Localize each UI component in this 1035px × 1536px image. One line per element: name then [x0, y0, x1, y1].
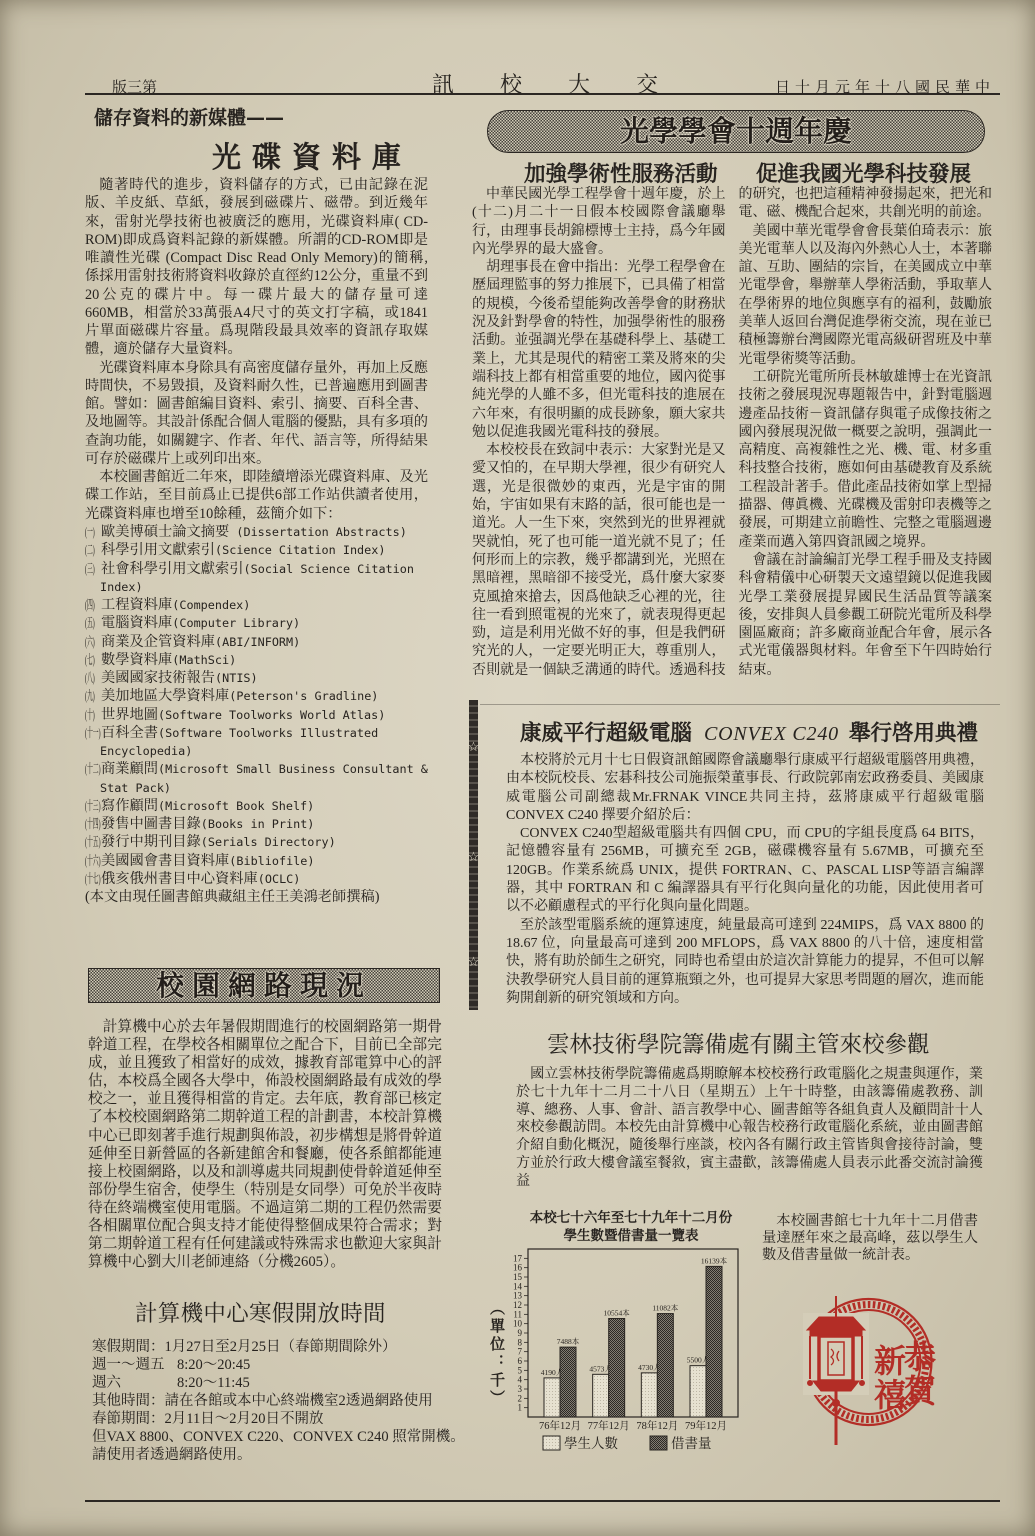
database-name-zh: 數學資料庫 [101, 652, 172, 668]
legend-swatch [650, 1436, 667, 1450]
paragraph: 計算機中心於去年暑假期間進行的校園網路第一期骨幹道工程，在學校各相關單位之配合下… [88, 1018, 442, 1271]
paragraph: 會議在討論編訂光學工程手冊及支持國科會精儀中心研製天文遠望鏡以促進我國光學工業發… [739, 552, 993, 680]
database-list-item: (四)工程資料庫(Compendex) [85, 596, 435, 614]
y-tick-label: 11 [513, 1309, 522, 1319]
paragraph: 中華民國光學工程學會十週年慶，於上(十二)月二十一日假本校國際會議廳舉行，由理事… [472, 186, 726, 259]
database-name-en: (Dissertation Abstracts) [229, 525, 407, 539]
schedule-days: 週一～週五 [92, 1356, 177, 1374]
database-name-zh: 商業及企管資料庫 [101, 634, 215, 650]
stamp-char: 新 [874, 1342, 906, 1380]
y-tick-label: 15 [513, 1272, 523, 1282]
list-number: (十一) [85, 724, 101, 742]
bar-book-loans [706, 1266, 722, 1417]
y-tick-label: 6 [518, 1356, 523, 1366]
list-number: (十二) [85, 760, 101, 778]
header-rule [85, 93, 1000, 95]
y-tick-label: 5 [518, 1365, 523, 1375]
list-number: (十五) [85, 833, 101, 851]
list-number-text: (二) [85, 541, 95, 559]
list-number-text: (三) [85, 560, 95, 578]
network-title-box: 校園網路現況 [88, 968, 440, 1003]
database-name-zh: 美國國會書目資料庫 [101, 853, 229, 869]
database-list-item: (三)社會科學引用文獻索引(Social Science Citation In… [85, 560, 435, 597]
list-number-text: (十) [85, 706, 95, 724]
network-headline: 校園網路現況 [89, 969, 439, 1002]
optics-headline: 光學學會十週年慶 [488, 111, 984, 152]
y-tick-label: 12 [513, 1300, 522, 1310]
y-tick-label: 13 [513, 1291, 523, 1301]
bar-students [690, 1366, 706, 1417]
legend-swatch [543, 1436, 560, 1450]
hours-notice-body: 寒假期間：1月27日至2月25日（春節期間除外） 週一～週五8:20～20:45… [92, 1338, 465, 1464]
database-list-item: (十六)美國國會書目資料庫(Bibliofile) [85, 852, 435, 870]
database-name-zh: 社會科學引用文獻索引 [101, 561, 244, 577]
bar-value-label: 11082本 [652, 1303, 678, 1313]
network-article-body: 計算機中心於去年暑假期間進行的校園網路第一期骨幹道工程，在學校各相關單位之配合下… [88, 1018, 442, 1271]
bar-chart: 12345678910111213141516174190人7488本76年12… [480, 1190, 745, 1460]
list-number-text: (九) [85, 687, 95, 705]
y-tick-label: 14 [513, 1281, 523, 1291]
y-tick-label: 1 [518, 1403, 523, 1413]
database-name-en: (ABI/INFORM) [215, 635, 300, 649]
database-name-en: (Compendex) [172, 598, 250, 612]
database-name-en: (Microsoft Book Shelf) [158, 799, 314, 813]
y-tick-label: 7 [518, 1347, 523, 1357]
database-name-zh: 商業顧問 [101, 761, 158, 777]
paragraph: 美國中華光電學會會長葉伯琦表示：旅美光電華人以及海內外熱心人士，本著聯誼、互助、… [739, 223, 993, 369]
new-year-greeting-stamp: 恭 賀 新 禧 [795, 1295, 945, 1447]
paragraph: 工研院光電所所長林敏雄博士在光資訊技術之發展現況專題報告中，針對電腦週邊產品技術… [739, 369, 993, 552]
y-tick-label: 8 [518, 1337, 523, 1347]
schedule-row: 週六8:20～11:45 [92, 1374, 465, 1392]
database-name-en: (Bibliofile) [229, 854, 314, 868]
database-list-item: (十四)發售中圖書目錄(Books in Print) [85, 815, 435, 833]
bar-students [593, 1374, 609, 1417]
paragraph: 光碟資料庫本身除具有高密度儲存量外，再加上反應時間快，不易毀損，及資料耐久性，已… [85, 359, 428, 469]
database-name-zh: 歐美博碩士論文摘要 [101, 524, 229, 540]
schedule-hours: 8:20～20:45 [177, 1357, 250, 1373]
bar-book-loans [657, 1314, 673, 1417]
cdrom-database-list: (一)歐美博碩士論文摘要 (Dissertation Abstracts)(二)… [85, 523, 435, 888]
database-name-en: (Science Citation Index) [215, 543, 385, 557]
database-name-en: (Peterson's Gradline) [229, 689, 378, 703]
list-number: (十三) [85, 797, 101, 815]
x-category-label: 78年12月 [636, 1419, 678, 1432]
convex-top-rule [480, 704, 1000, 705]
list-number: (四) [85, 596, 101, 614]
y-tick-label: 4 [518, 1375, 523, 1385]
list-number-text: (十一) [85, 724, 101, 742]
hours-headline: 計算機中心寒假開放時間 [135, 1296, 386, 1328]
hours-other-times: 其他時間：請在各館或本中心終端機室2透過網路使用 [92, 1392, 465, 1410]
list-number-text: (十七) [85, 870, 101, 888]
bar-value-label: 10554本 [604, 1307, 631, 1317]
database-list-item: (一)歐美博碩士論文摘要 (Dissertation Abstracts) [85, 523, 435, 541]
optics-subtitle-left: 加強學術性服務活動 [524, 157, 718, 188]
list-number-text: (十六) [85, 852, 101, 870]
database-name-zh: 發行中期刊目錄 [101, 834, 201, 850]
bar-book-loans [609, 1318, 625, 1417]
hours-note: 請使用者透過網路使用。 [92, 1446, 465, 1464]
yunlin-headline: 雲林技術學院籌備處有關主管來校參觀 [547, 1027, 930, 1059]
cdrom-article-body: 隨著時代的進步，資料儲存的方式，已由記錄在泥版、羊皮紙、草紙，發展到磁碟片、磁帶… [85, 176, 428, 523]
hours-spring-festival: 春節期間：2月11日～2月20日不開放 [92, 1410, 465, 1428]
list-number: (九) [85, 687, 101, 705]
database-list-item: (八)美國國家技術報告(NTIS) [85, 669, 435, 687]
hours-exception: 但VAX 8800、CONVEX C220、CONVEX C240 照常開機。 [92, 1428, 465, 1446]
list-number-text: (十二) [85, 760, 101, 778]
database-name-en: (Computer Library) [172, 616, 300, 630]
database-name-en: (OCLC) [258, 872, 301, 886]
database-name-en: (Software Toolworks World Atlas) [158, 708, 385, 722]
list-number: (二) [85, 541, 101, 559]
database-name-zh: 美加地區大學資料庫 [101, 688, 229, 704]
newspaper-page: 版三第 訊校大交 日十月元年十八國民華中 儲存資料的新媒體—— 光碟資料庫 隨著… [0, 0, 1035, 1536]
bar-students [641, 1373, 657, 1417]
y-tick-label: 10 [513, 1319, 523, 1329]
database-name-zh: 工程資料庫 [101, 597, 172, 613]
database-list-item: (九)美加地區大學資料庫(Peterson's Gradline) [85, 687, 435, 705]
bar-students [544, 1378, 560, 1417]
convex-headline: 康威平行超級電腦CONVEX C240舉行啓用典禮 [520, 716, 978, 747]
list-number-text: (六) [85, 633, 95, 651]
list-number: (三) [85, 560, 101, 578]
paragraph: 本校圖書館近二年來，即陸續增添光碟資料庫、及光碟工作站，至目前爲止已提供6部工作… [85, 468, 428, 523]
optics-article-body: 中華民國光學工程學會十週年慶，於上(十二)月二十一日假本校國際會議廳舉行，由理事… [472, 186, 992, 681]
database-name-zh: 百科全書 [101, 725, 158, 741]
cdrom-headline: 光碟資料庫 [212, 135, 412, 176]
list-number-text: (四) [85, 596, 95, 614]
star-icon: ☆ [465, 955, 482, 968]
paragraph: 至於該型電腦系統的運算速度，純量最高可達到 224MIPS，爲 VAX 8800… [506, 917, 984, 1008]
convex-headline-event: 舉行啓用典禮 [849, 721, 978, 746]
list-number: (十) [85, 706, 101, 724]
list-number-text: (十五) [85, 833, 101, 851]
hours-period: 寒假期間：1月27日至2月25日（春節期間除外） [92, 1338, 465, 1356]
x-category-label: 76年12月 [539, 1419, 581, 1432]
database-list-item: (六)商業及企管資料庫(ABI/INFORM) [85, 633, 435, 651]
y-tick-label: 3 [518, 1384, 523, 1394]
x-category-label: 79年12月 [685, 1419, 727, 1432]
optics-banner: 光學學會十週年慶 [487, 110, 985, 153]
list-number: (五) [85, 614, 101, 632]
cdrom-credit: (本文由現任圖書館典藏組主任王美鴻老師撰稿) [85, 888, 380, 906]
paragraph: 隨著時代的進步，資料儲存的方式，已由記錄在泥版、羊皮紙、草紙，發展到磁碟片、磁帶… [85, 176, 428, 359]
list-number: (十七) [85, 870, 101, 888]
x-category-label: 77年12月 [588, 1419, 630, 1432]
database-list-item: (五)電腦資料庫(Computer Library) [85, 614, 435, 632]
list-number-text: (十三) [85, 797, 101, 815]
database-name-zh: 世界地圖 [101, 707, 158, 723]
star-icon: ☆ [465, 740, 482, 753]
paragraph: CONVEX C240型超級電腦共有四個 CPU，而 CPU的字組長度爲 64 … [506, 825, 984, 916]
database-name-zh: 發售中圖書目錄 [101, 816, 201, 832]
stamp-char: 恭 [904, 1338, 936, 1376]
database-list-item: (十五)發行中期刊目錄(Serials Directory) [85, 833, 435, 851]
schedule-days: 週六 [92, 1374, 177, 1392]
optics-subtitle-right: 促進我國光學科技發展 [756, 157, 971, 188]
yunlin-article-body: 國立雲林技術學院籌備處爲期瞭解本校校務行政電腦化之規畫與運作，業於七十九年十二月… [516, 1066, 983, 1191]
database-list-item: (十三)寫作顧問(Microsoft Book Shelf) [85, 797, 435, 815]
list-number-text: (八) [85, 669, 95, 687]
list-number: (十四) [85, 815, 101, 833]
database-name-en: (Books in Print) [201, 817, 315, 831]
schedule-hours: 8:20～11:45 [177, 1375, 250, 1391]
schedule-row: 週一～週五8:20～20:45 [92, 1356, 465, 1374]
database-name-zh: 寫作顧問 [101, 798, 158, 814]
stamp-char: 賀 [904, 1372, 938, 1410]
database-name-zh: 俄亥俄州書目中心資料庫 [101, 871, 258, 887]
list-number: (八) [85, 669, 101, 687]
list-number-text: (一) [85, 523, 95, 541]
bar-book-loans [560, 1347, 576, 1417]
paragraph: 本校將於元月十七日假資訊館國際會議廳舉行康威平行超級電腦啓用典禮，由本校阮校長、… [506, 752, 984, 825]
database-list-item: (二)科學引用文獻索引(Science Citation Index) [85, 541, 435, 559]
list-number-text: (五) [85, 614, 95, 632]
list-number-text: (七) [85, 651, 95, 669]
paragraph: 胡理事長在會中指出：光學工程學會在歷屆理監事的努力推展下，已具備了相當的規模，今… [472, 259, 726, 442]
bar-value-label: 7488本 [557, 1336, 580, 1346]
database-name-en: (MathSci) [172, 653, 236, 667]
database-list-item: (十)世界地圖(Software Toolworks World Atlas) [85, 706, 435, 724]
list-number: (六) [85, 633, 101, 651]
y-tick-label: 9 [518, 1328, 523, 1338]
database-name-zh: 電腦資料庫 [101, 615, 172, 631]
legend-label: 借書量 [671, 1436, 712, 1451]
convex-article-body: 本校將於元月十七日假資訊館國際會議廳舉行康威平行超級電腦啓用典禮，由本校阮校長、… [506, 752, 984, 1008]
library-note: 本校圖書館七十九年十二月借書量達歷年來之最高峰，茲以學生人數及借書量做一統計表。 [762, 1213, 978, 1263]
y-tick-label: 17 [513, 1253, 523, 1263]
database-name-zh: 科學引用文獻索引 [101, 542, 215, 558]
footer-rule [85, 1500, 1000, 1502]
database-list-item: (十七)俄亥俄州書目中心資料庫(OCLC) [85, 870, 435, 888]
database-list-item: (十二)商業顧問(Microsoft Small Business Consul… [85, 760, 435, 797]
legend-label: 學生人數 [564, 1435, 618, 1451]
database-name-en: (Serials Directory) [201, 835, 336, 849]
list-number: (十六) [85, 852, 101, 870]
list-number: (七) [85, 651, 101, 669]
y-tick-label: 2 [518, 1393, 523, 1403]
database-name-zh: 美國國家技術報告 [101, 670, 215, 686]
stamp-char: 禧 [874, 1376, 906, 1414]
y-tick-label: 16 [513, 1263, 523, 1273]
list-number-text: (十四) [85, 815, 101, 833]
database-list-item: (十一)百科全書(Software Toolworks Illustrated … [85, 724, 435, 761]
paragraph: 國立雲林技術學院籌備處爲期瞭解本校校務行政電腦化之規畫與運作，業於七十九年十二月… [516, 1066, 983, 1191]
convex-headline-name: 康威平行超級電腦 [520, 721, 692, 746]
cdrom-kicker: 儲存資料的新媒體—— [94, 103, 284, 130]
list-number: (一) [85, 523, 101, 541]
star-icon: ☆ [465, 850, 482, 863]
database-name-en: (NTIS) [215, 671, 258, 685]
convex-headline-model: CONVEX C240 [704, 723, 839, 745]
bar-value-label: 16139本 [701, 1255, 728, 1265]
decorative-star-border: ☆ ☆ ☆ [469, 700, 478, 1010]
database-list-item: (七)數學資料庫(MathSci) [85, 651, 435, 669]
